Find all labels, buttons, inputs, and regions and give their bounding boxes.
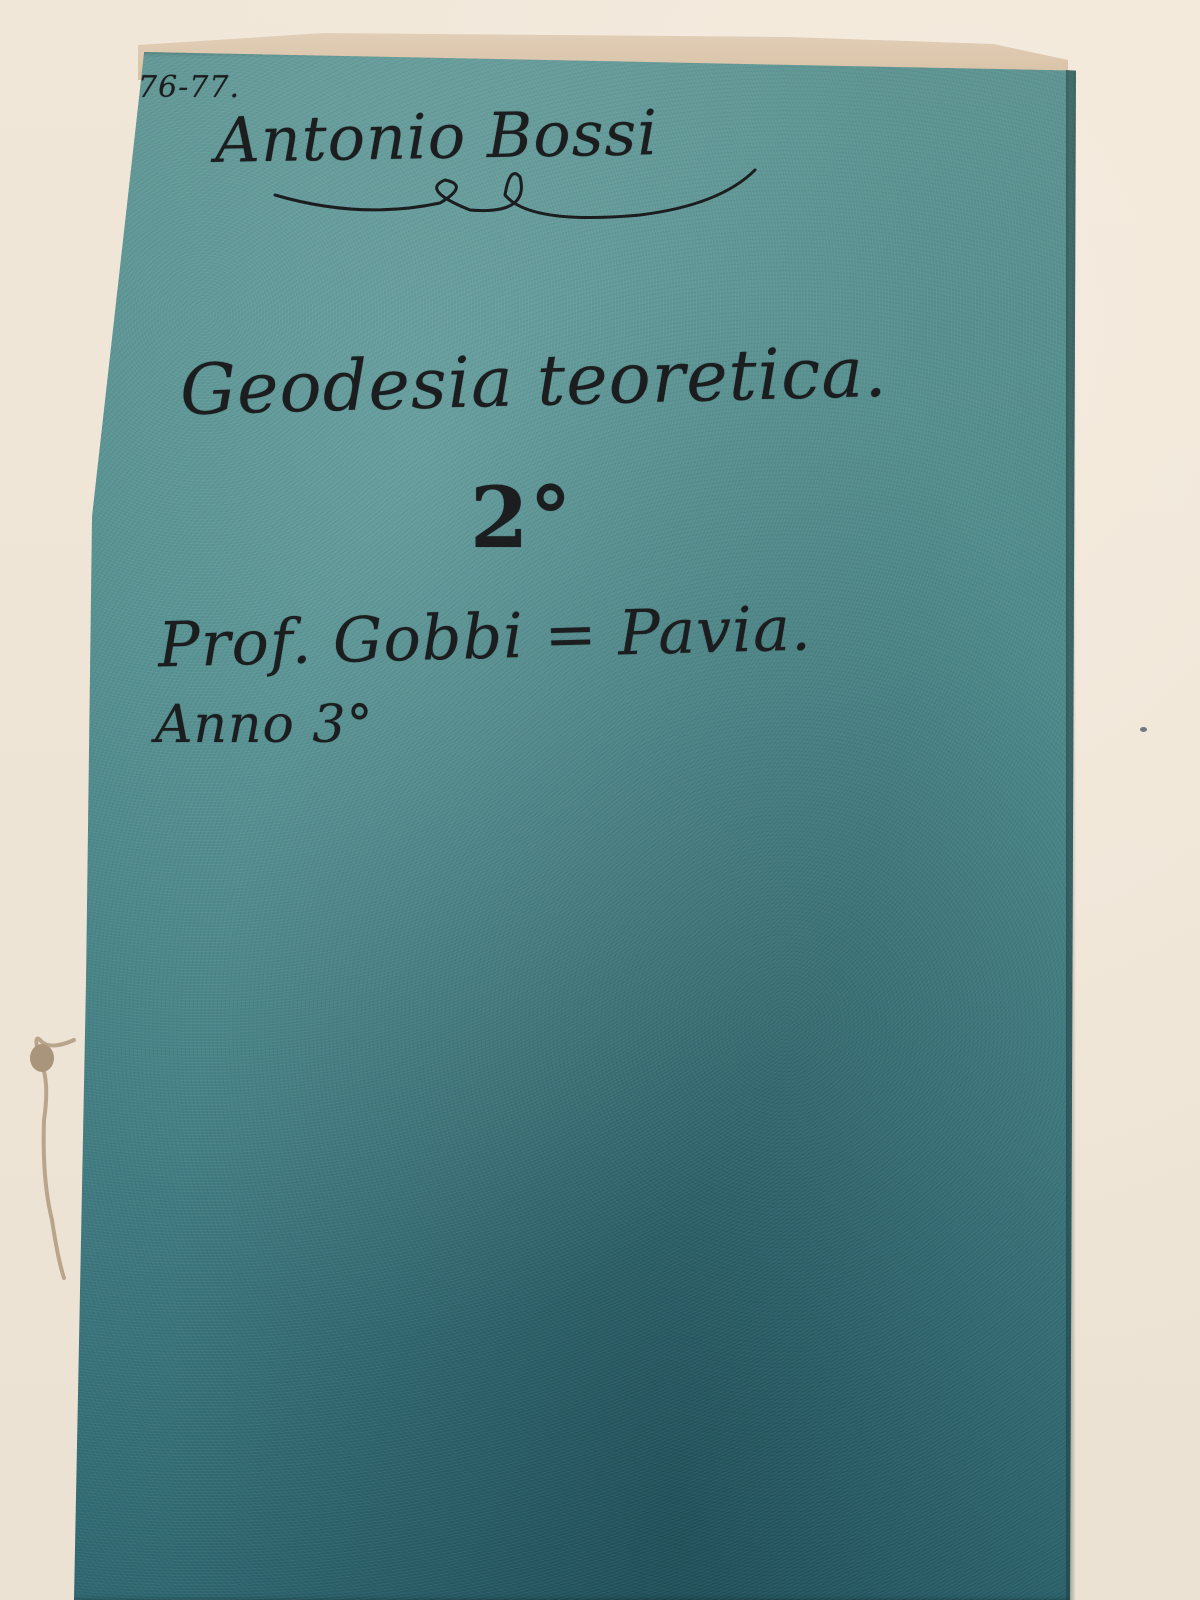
notebook-cover [74, 52, 1076, 1600]
wall-speck [1140, 727, 1147, 732]
reference-number: 76-77. [138, 70, 240, 105]
academic-year: Anno 3° [155, 695, 373, 755]
signature-flourish-icon [270, 165, 760, 225]
cover-right-shadow [1066, 70, 1076, 1600]
binding-string-icon [22, 1020, 82, 1280]
volume-number: 2° [470, 468, 572, 567]
